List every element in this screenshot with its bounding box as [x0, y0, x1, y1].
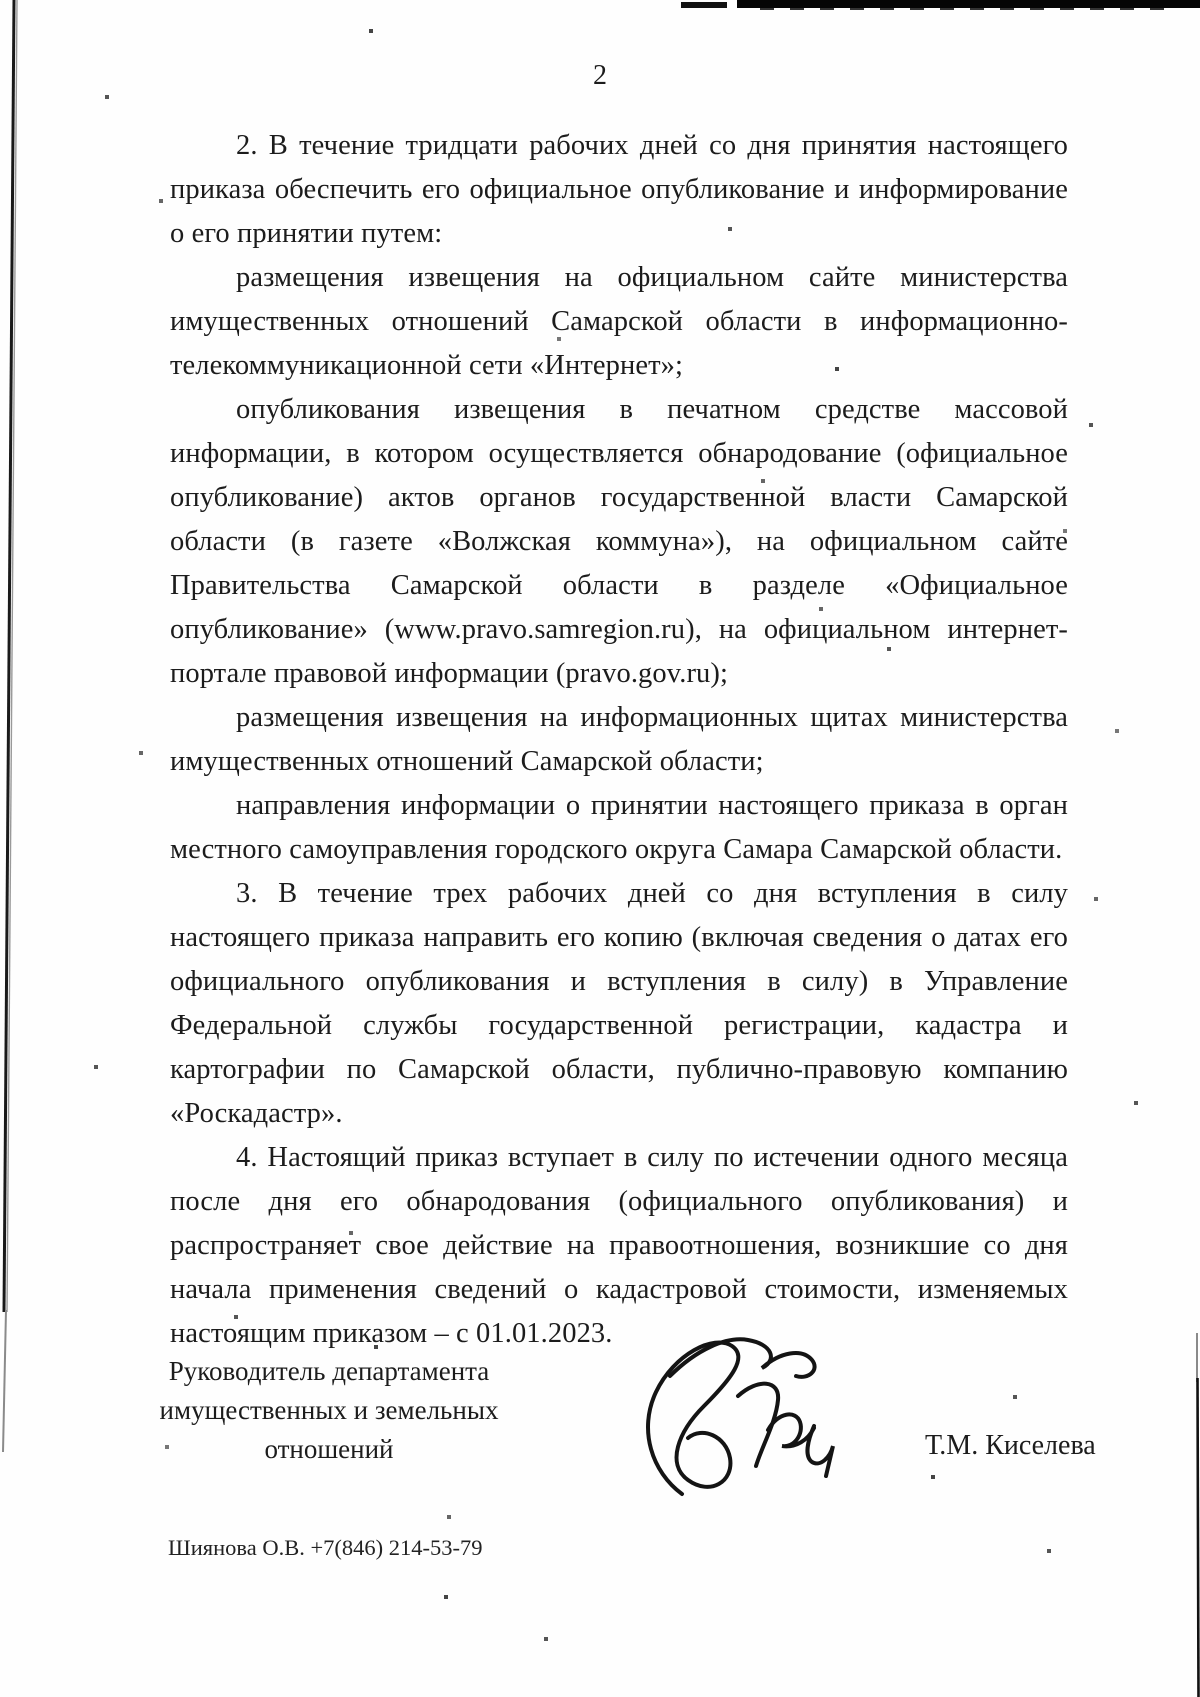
signature-block: Руководитель департамента имущественных …: [0, 1330, 1200, 1510]
para-4-entry-into-force: 4. Настоящий приказ вступает в силу по и…: [170, 1136, 1068, 1356]
para-3-rosreestr-copy: 3. В течение трех рабочих дней со дня вс…: [170, 872, 1068, 1136]
handwritten-signature-icon: [630, 1326, 850, 1502]
para-2-sub-print-media: опубликования извещения в печатном средс…: [170, 388, 1068, 696]
para-2-sub-info-boards: размещения извещения на информационных щ…: [170, 696, 1068, 784]
scan-artifact-top-band: [737, 0, 1200, 8]
signatory-name: Т.М. Киселева: [925, 1430, 1165, 1462]
para-2-sub-local-government: направления информации о принятии настоя…: [170, 784, 1068, 872]
signatory-title: Руководитель департамента имущественных …: [158, 1352, 500, 1469]
para-2-intro: 2. В течение тридцати рабочих дней со дн…: [170, 124, 1068, 256]
scan-artifact-top-fray: [760, 8, 1180, 10]
scanned-document-page: 2 2. В течение тридцати рабочих дней со …: [0, 0, 1200, 1697]
document-body: 2. В течение тридцати рабочих дней со дн…: [170, 124, 1068, 1356]
scan-noise-specks: [0, 0, 2, 2]
para-2-sub-official-website: размещения извещения на официальном сайт…: [170, 256, 1068, 388]
page-number: 2: [0, 60, 1200, 92]
scan-artifact-top-dash: [681, 2, 727, 8]
executor-contact-line: Шиянова О.В. +7(846) 214-53-79: [168, 1535, 482, 1561]
